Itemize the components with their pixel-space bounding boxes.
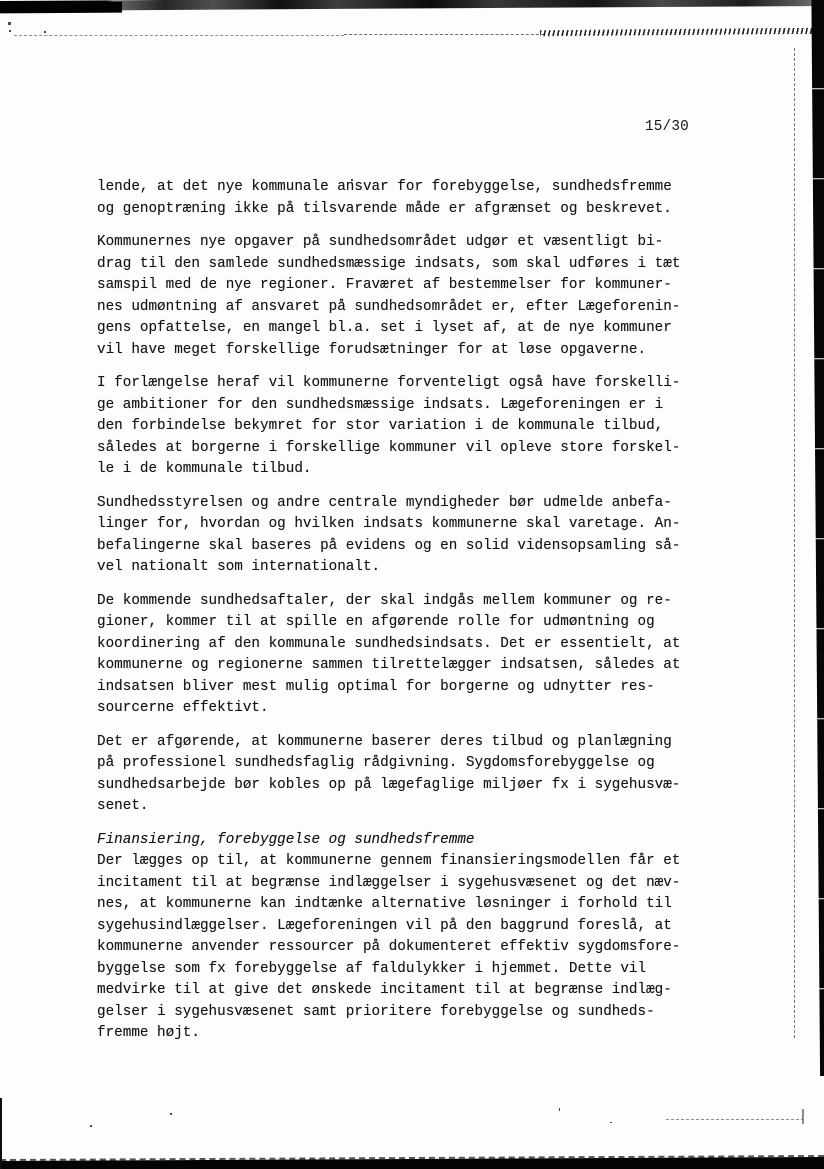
scan-artifact-top-bar-left xyxy=(0,2,122,14)
scan-artifact-dashed-rule-left xyxy=(14,35,344,36)
page-number: 15/30 xyxy=(645,119,689,135)
body-paragraph: lende, at det nye kommunale ansvar for f… xyxy=(97,177,709,220)
scan-artifact-top-bar xyxy=(0,0,824,11)
scan-artifact-bottom-dotted-end-mark xyxy=(802,1109,804,1124)
scan-speckle xyxy=(90,1125,92,1127)
scan-speckle xyxy=(170,1113,172,1115)
body-paragraph: Der lægges op til, at kommunerne gennem … xyxy=(97,851,709,1045)
scan-artifact-hatched-rule-right xyxy=(540,28,824,36)
scan-artifact-dashed-rule-mid xyxy=(344,34,544,35)
body-paragraph: De kommende sundhedsaftaler, der skal in… xyxy=(97,591,709,720)
scan-speckle xyxy=(44,31,46,33)
document-body: lende, at det nye kommunale ansvar for f… xyxy=(97,177,709,1057)
scan-speckle xyxy=(8,22,11,25)
scanned-document-page: 15/30 lende, at det nye kommunale ansvar… xyxy=(0,0,824,1169)
scan-artifact-dotted-vertical-line xyxy=(794,48,795,1038)
body-paragraph: Sundhedsstyrelsen og andre centrale mynd… xyxy=(97,493,709,579)
scan-speckle xyxy=(9,30,11,32)
scan-speckle xyxy=(610,1122,612,1123)
body-paragraph: Kommunernes nye opgaver på sundhedsområd… xyxy=(97,232,709,361)
scan-artifact-right-edge-band xyxy=(810,0,824,1076)
scan-artifact-bottom-dotted-line xyxy=(666,1119,804,1120)
section-heading: Finansiering, forebyggelse og sundhedsfr… xyxy=(97,830,709,852)
scan-artifact-left-edge-sliver xyxy=(0,1098,2,1169)
body-paragraph: Det er afgørende, at kommunerne baserer … xyxy=(97,732,709,818)
body-paragraph: I forlængelse heraf vil kommunerne forve… xyxy=(97,373,709,481)
scan-speckle xyxy=(559,1108,560,1111)
